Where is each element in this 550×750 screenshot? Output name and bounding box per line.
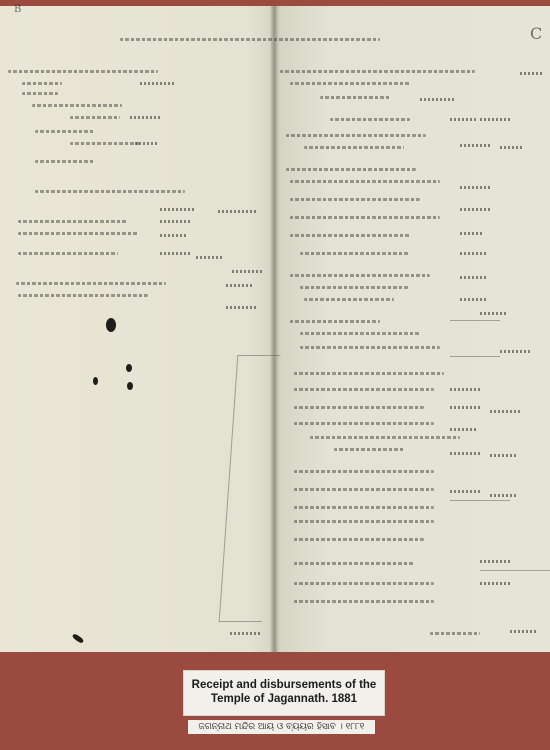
handwritten-line xyxy=(140,82,175,85)
handwritten-line xyxy=(294,422,434,425)
handwritten-line xyxy=(16,282,166,285)
handwritten-line xyxy=(304,298,394,301)
handwritten-line xyxy=(460,144,490,147)
handwritten-line xyxy=(18,252,118,255)
handwritten-line xyxy=(290,320,380,323)
handwritten-line xyxy=(290,82,410,85)
ledger-rule xyxy=(450,356,500,357)
handwritten-line xyxy=(420,98,456,101)
handwritten-line xyxy=(510,630,536,633)
handwritten-line xyxy=(160,252,190,255)
handwritten-line xyxy=(294,388,434,391)
handwritten-line xyxy=(286,134,426,137)
handwritten-line xyxy=(35,130,95,133)
handwritten-line xyxy=(294,506,434,509)
handwritten-line xyxy=(294,406,424,409)
handwritten-line xyxy=(130,116,160,119)
handwritten-line xyxy=(160,208,195,211)
ink-blot xyxy=(106,318,116,332)
handwritten-line xyxy=(226,306,256,309)
ledger-rule xyxy=(480,570,550,571)
handwritten-line xyxy=(290,180,440,183)
handwritten-line xyxy=(160,234,188,237)
handwritten-line xyxy=(22,82,62,85)
handwritten-line xyxy=(18,232,138,235)
handwritten-line xyxy=(500,146,524,149)
handwritten-line xyxy=(230,632,260,635)
handwritten-line xyxy=(70,116,120,119)
caption-line-1: Receipt and disbursements of the xyxy=(184,678,384,692)
handwritten-line xyxy=(310,436,460,439)
handwritten-line xyxy=(286,168,416,171)
handwritten-line xyxy=(460,186,490,189)
caption-line-2: Temple of Jagannath. 1881 xyxy=(184,692,384,706)
handwritten-line xyxy=(22,92,58,95)
handwritten-line xyxy=(294,582,434,585)
handwritten-line xyxy=(294,538,424,541)
handwritten-line xyxy=(520,72,542,75)
ink-blot xyxy=(127,382,133,390)
right-page xyxy=(280,20,550,640)
handwritten-line xyxy=(280,70,475,73)
handwritten-line xyxy=(18,294,148,297)
handwritten-line xyxy=(300,286,410,289)
corner-mark-left: B xyxy=(14,4,21,15)
handwritten-line xyxy=(490,410,520,413)
handwritten-line xyxy=(460,232,484,235)
handwritten-line xyxy=(8,70,158,73)
handwritten-line xyxy=(330,118,410,121)
handwritten-line xyxy=(460,252,486,255)
handwritten-line xyxy=(300,252,410,255)
caption-odia: ଜଗନ୍ନାଥ ମନ୍ଦିର ଆୟ ଓ ବ୍ୟୟର ହିସାବ । ୧୮୮୧ xyxy=(188,720,375,734)
handwritten-line xyxy=(294,600,434,603)
handwritten-line xyxy=(290,216,440,219)
page-fold xyxy=(270,6,278,652)
caption-label: Receipt and disbursements of the Temple … xyxy=(183,670,385,716)
handwritten-line xyxy=(290,274,430,277)
handwritten-line xyxy=(490,494,518,497)
handwritten-line xyxy=(232,270,262,273)
handwritten-line xyxy=(294,488,434,491)
handwritten-line xyxy=(226,284,254,287)
handwritten-line xyxy=(300,346,440,349)
handwritten-line xyxy=(320,96,390,99)
handwritten-line xyxy=(294,372,444,375)
handwritten-line xyxy=(35,160,95,163)
handwritten-line xyxy=(460,298,488,301)
handwritten-line xyxy=(334,448,404,451)
ink-blot xyxy=(93,377,98,385)
handwritten-line xyxy=(480,312,508,315)
handwritten-line xyxy=(304,146,404,149)
handwritten-line xyxy=(460,208,490,211)
handwritten-line xyxy=(290,198,420,201)
ink-blot xyxy=(126,364,132,372)
handwritten-line xyxy=(450,452,480,455)
handwritten-line xyxy=(290,234,410,237)
handwritten-line xyxy=(480,582,510,585)
handwritten-line xyxy=(450,406,480,409)
ledger-rule xyxy=(450,500,510,501)
handwritten-line xyxy=(218,210,258,213)
handwritten-line xyxy=(18,220,128,223)
handwritten-line xyxy=(32,104,122,107)
handwritten-line xyxy=(490,454,518,457)
handwritten-line xyxy=(35,190,185,193)
handwritten-line xyxy=(294,470,434,473)
handwritten-line xyxy=(460,276,488,279)
handwritten-line xyxy=(430,632,480,635)
handwritten-line xyxy=(294,520,434,523)
handwritten-line xyxy=(135,142,157,145)
ledger-rule xyxy=(450,320,500,321)
handwritten-line xyxy=(70,142,140,145)
handwritten-line xyxy=(450,428,478,431)
handwritten-line xyxy=(500,350,530,353)
handwritten-line xyxy=(450,118,478,121)
handwritten-line xyxy=(480,560,510,563)
handwritten-line xyxy=(294,562,414,565)
handwritten-line xyxy=(450,388,480,391)
handwritten-line xyxy=(160,220,192,223)
handwritten-line xyxy=(450,490,480,493)
handwritten-line xyxy=(480,118,510,121)
handwritten-line xyxy=(196,256,224,259)
handwritten-line xyxy=(300,332,420,335)
